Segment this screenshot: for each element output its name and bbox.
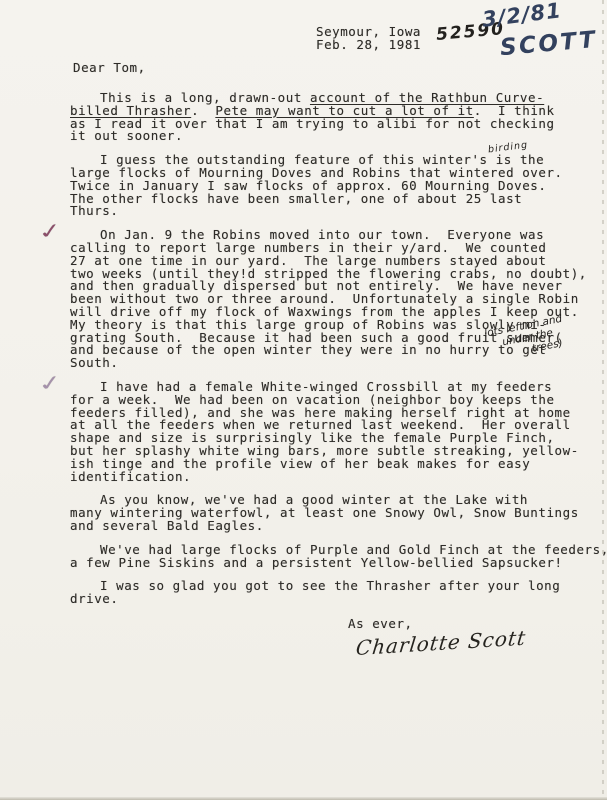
paper-edge-right [602, 0, 604, 800]
paragraph: ✓I have had a female White-winged Crossb… [70, 381, 582, 483]
paragraph: I was so glad you got to see the Thrashe… [70, 580, 582, 606]
paragraph: This is a long, drawn-out account of the… [70, 92, 582, 143]
paragraph: I guess the outstanding feature of this … [70, 154, 582, 218]
typed-text: South. [70, 355, 118, 370]
typed-text: drive. [70, 591, 118, 606]
typed-line: Thurs. [70, 205, 582, 218]
typed-line: identification. [70, 471, 582, 484]
insertion-anchor: birdingis [496, 152, 512, 167]
checkmark-icon: ✓ [38, 375, 65, 393]
typed-line: and several Bald Eagles. [70, 520, 582, 533]
handwritten-received-date: 3/2/81 [481, 0, 563, 32]
dateline: Seymour, Iowa Feb. 28, 1981 [316, 26, 421, 52]
dateline-date: Feb. 28, 1981 [316, 39, 421, 52]
typed-text: I was so glad you got to see the Thrashe… [100, 578, 560, 593]
typed-text: identification. [70, 469, 191, 484]
typed-line: a few Pine Siskins and a persistent Yell… [70, 557, 582, 570]
typed-text: and several Bald Eagles. [70, 518, 264, 533]
salutation: Dear Tom, [73, 62, 146, 75]
letter-body: This is a long, drawn-out account of the… [70, 92, 582, 660]
typed-text: Thurs. [70, 203, 118, 218]
typed-line: I was so glad you got to see the Thrashe… [70, 580, 582, 593]
typed-line: The other flocks have been smaller, one … [70, 193, 582, 206]
checkmark-icon: ✓ [38, 223, 65, 241]
paragraph: We've had large flocks of Purple and Gol… [70, 544, 582, 570]
typed-text: it out sooner. [70, 128, 183, 143]
typed-text: The other flocks have been smaller, one … [70, 191, 522, 206]
paragraph: As you know, we've had a good winter at … [70, 494, 582, 532]
typed-text: a few Pine Siskins and a persistent Yell… [70, 555, 563, 570]
typed-line: drive. [70, 593, 582, 606]
handwritten-received-by: SCOTT [499, 27, 598, 61]
letter-page: Seymour, Iowa Feb. 28, 1981 52590 3/2/81… [0, 0, 607, 800]
typed-text: and because of the open winter they were… [70, 342, 546, 357]
